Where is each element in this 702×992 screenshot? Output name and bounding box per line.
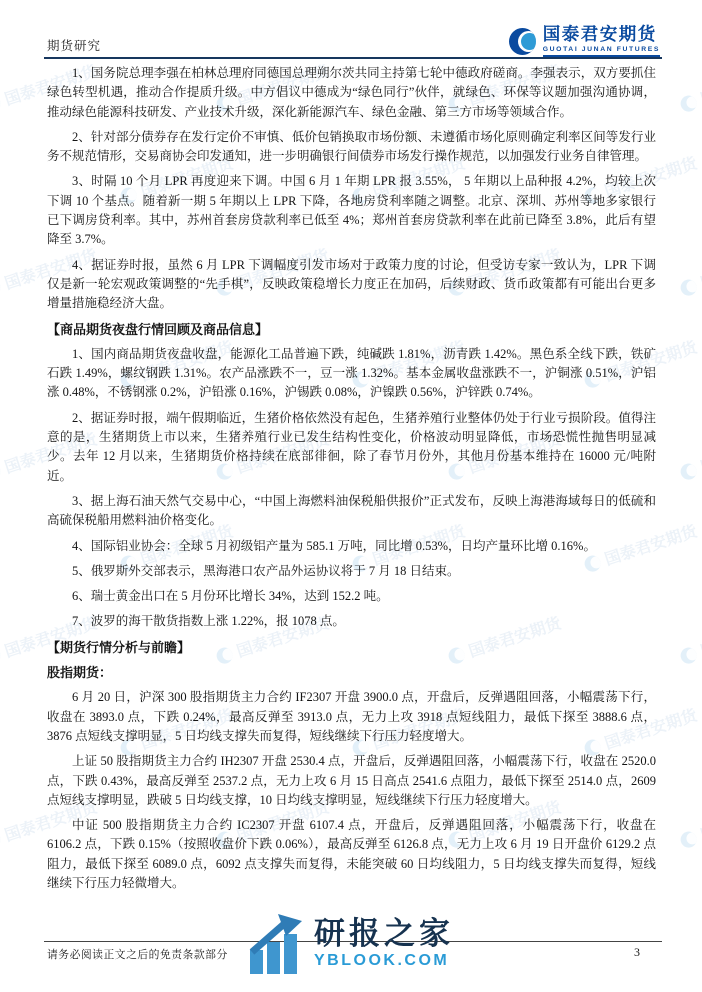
analysis-paragraph-if2307: 6 月 20 日，沪深 300 股指期货主力合约 IF2307 开盘 3900.… [47,688,656,746]
commodity-item: 5、俄罗斯外交部表示，黑海港口农产品外运协议将于 7 月 18 日结束。 [47,562,656,581]
commodity-item: 3、据上海石油天然气交易中心，“中国上海燃料油保税船供报价”正式发布，反映上海港… [47,492,656,531]
macro-news-item: 3、时隔 10 个月 LPR 再度迎来下调。中国 6 月 1 年期 LPR 报 … [47,172,656,249]
brand-watermark-icon [0,461,3,481]
commodity-item: 2、据证券时报，端午假期临近，生猪价格依然没有起色，生猪养殖行业整体仍处于行业亏… [47,409,656,486]
header-divider [44,57,662,59]
report-body: 1、国务院总理李强在柏林总理府同德国总理朔尔茨共同主持第七轮中德政府磋商。李强表… [47,64,656,899]
commodity-section-title: 【商品期货夜盘行情回顾及商品信息】 [47,320,656,339]
commodity-item: 7、波罗的海干散货指数上涨 1.22%，报 1078 点。 [47,612,656,631]
page-header: 期货研究 国泰君安期货 GUOTAI JUNAN FUTURES [0,0,702,60]
analysis-paragraph-ih2307: 上证 50 股指期货主力合约 IH2307 开盘 2530.4 点，开盘后，反弹… [47,752,656,810]
report-category-label: 期货研究 [47,36,101,54]
brand-text: 国泰君安期货 GUOTAI JUNAN FUTURES [543,26,660,57]
yblook-text: 研报之家 YBLOOK.COM [314,918,454,969]
macro-news-item: 4、据证券时报，虽然 6 月 LPR 下调幅度引发市场对于政策力度的讨论，但受访… [47,256,656,314]
stock-index-futures-subtitle: 股指期货： [47,663,656,682]
analysis-paragraph-ic2307: 中证 500 股指期货主力合约 IC2307 开盘 6107.4 点，开盘后，反… [47,816,656,893]
brand-watermark: 国泰君安期货 [677,242,702,300]
guotai-junan-logo-icon [509,28,536,55]
brand-watermark-icon [678,829,698,849]
brand-watermark-icon [0,277,3,297]
commodity-item: 6、瑞士黄金出口在 5 月份环比增长 34%，达到 152.2 吨。 [47,587,656,606]
commodity-item: 4、国际铝业协会：全球 5 月初级铝产量为 585.1 万吨，同比增 0.53%… [47,537,656,556]
page-number: 3 [634,945,640,960]
brand-watermark: 国泰君安期货 [677,426,702,484]
page-footer: 请务必阅读正文之后的免责条款部分 3 研报之家 YBLOOK.COM [0,922,702,992]
brand-watermark-icon [0,645,3,665]
report-page: 国泰君安期货国泰君安期货国泰君安期货国泰君安期货国泰君安期货国泰君安期货国泰君安… [0,0,702,992]
commodity-item: 1、国内商品期货夜盘收盘，能源化工品普遍下跌，纯碱跌 1.81%，沥青跌 1.4… [47,345,656,403]
yblook-title: 研报之家 [314,918,454,949]
brand-name-en: GUOTAI JUNAN FUTURES [543,47,660,58]
brand-watermark-icon [678,277,698,297]
brand-watermark: 国泰君安期货 [677,610,702,668]
brand-watermark-icon [0,93,3,113]
brand-logo: 国泰君安期货 GUOTAI JUNAN FUTURES [509,26,660,57]
brand-watermark-icon [678,93,698,113]
macro-news-item: 1、国务院总理李强在柏林总理府同德国总理朔尔茨共同主持第七轮中德政府磋商。李强表… [47,64,656,122]
analysis-section-title: 【期货行情分析与前瞻】 [47,638,656,657]
brand-name-cn: 国泰君安期货 [543,26,660,44]
macro-news-item: 2、针对部分债券存在发行定价不审慎、低价包销换取市场份额、未遵循市场化原则确定利… [47,128,656,167]
brand-watermark-icon [678,461,698,481]
brand-watermark-icon [678,645,698,665]
brand-watermark: 国泰君安期货 [677,58,702,116]
bar-chart-arrow-icon [248,912,306,974]
yblook-domain: YBLOOK.COM [314,953,454,969]
yblook-watermark-logo: 研报之家 YBLOOK.COM [248,912,454,974]
footer-disclaimer: 请务必阅读正文之后的免责条款部分 [47,947,228,962]
brand-watermark: 国泰君安期货 [677,794,702,852]
brand-watermark-icon [0,829,3,849]
